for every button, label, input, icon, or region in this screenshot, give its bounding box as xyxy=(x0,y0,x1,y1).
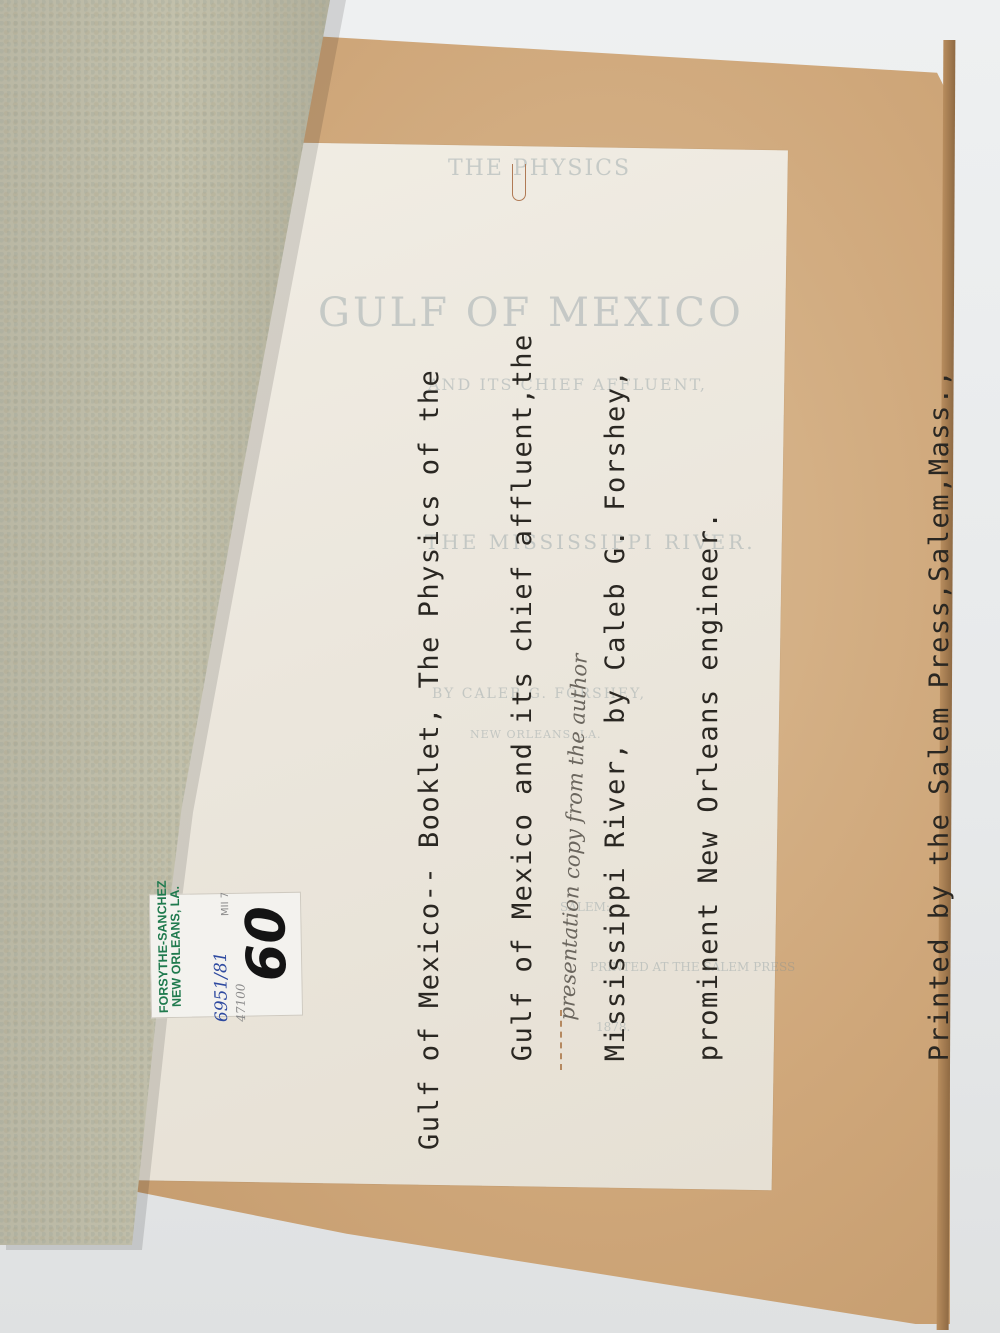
inventory-code: 6951/81 xyxy=(211,951,232,1022)
title-showthrough-1: THE PHYSICS xyxy=(448,156,631,181)
typed-line: prominent New Orleans engineer. xyxy=(693,298,724,1150)
bookseller-label: FORSYTHE-SANCHEZ NEW ORLEANS, LA. 6951/8… xyxy=(149,892,303,1019)
category-mark: MII 7 xyxy=(220,892,231,916)
typed-description: Gulf of Mexico-- Booklet, The Physics of… xyxy=(290,298,1000,1150)
label-shop-text: FORSYTHE-SANCHEZ NEW ORLEANS, LA. xyxy=(156,880,184,1013)
pin-icon xyxy=(512,164,526,201)
typed-line: Gulf of Mexico and its chief affluent,th… xyxy=(507,298,538,1150)
typed-line: Mississippi River, by Caleb G. Forshey, xyxy=(600,298,631,1150)
shop-city: NEW ORLEANS, LA. xyxy=(169,880,184,1013)
secondary-code: 47100 xyxy=(234,983,249,1021)
typed-paragraph-imprint: Printed by the Salem Press,Salem,Mass., … xyxy=(862,298,1000,1150)
price: 60 xyxy=(234,906,298,982)
typed-line: Gulf of Mexico-- Booklet, The Physics of… xyxy=(414,298,445,1150)
typed-line: Printed by the Salem Press,Salem,Mass., xyxy=(924,298,955,1150)
